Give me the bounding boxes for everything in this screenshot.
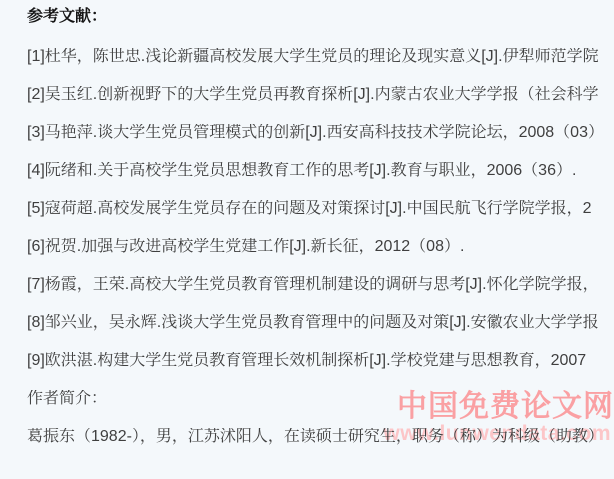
author-section-heading: 作者简介：: [27, 390, 614, 408]
reference-item-3: [3]马艳萍.谈大学生党员管理模式的创新[J].西安高科技技术学院论坛，2008…: [27, 124, 614, 142]
references-section: 参考文献： [1]杜华，陈世忠.浅论新疆高校发展大学生党员的理论及现实意义[J]…: [27, 8, 614, 466]
author-bio: 葛振东（1982-），男，江苏沭阳人，在读硕士研究生，职务（称）为科级（助教）: [27, 428, 614, 446]
reference-item-7: [7]杨霞，王荣.高校大学生党员教育管理机制建设的调研与思考[J].怀化学院学报…: [27, 276, 614, 294]
reference-item-5: [5]寇荷超.高校发展学生党员存在的问题及对策探讨[J].中国民航飞行学院学报，…: [27, 200, 614, 218]
reference-item-2: [2]吴玉红.创新视野下的大学生党员再教育探析[J].内蒙古农业大学学报（社会科…: [27, 86, 614, 104]
document-page: 参考文献： [1]杜华，陈世忠.浅论新疆高校发展大学生党员的理论及现实意义[J]…: [0, 0, 614, 479]
references-heading: 参考文献：: [27, 8, 614, 26]
reference-item-4: [4]阮绪和.关于高校学生党员思想教育工作的思考[J].教育与职业，2006（3…: [27, 162, 614, 180]
reference-item-6: [6]祝贺.加强与改进高校学生党建工作[J].新长征，2012（08）.: [27, 238, 614, 256]
reference-item-1: [1]杜华，陈世忠.浅论新疆高校发展大学生党员的理论及现实意义[J].伊犁师范学…: [27, 48, 614, 66]
reference-item-9: [9]欧洪湛.构建大学生党员教育管理长效机制探析[J].学校党建与思想教育，20…: [27, 352, 614, 370]
reference-item-8: [8]邹兴业，吴永辉.浅谈大学生党员教育管理中的问题及对策[J].安徽农业大学学…: [27, 314, 614, 332]
